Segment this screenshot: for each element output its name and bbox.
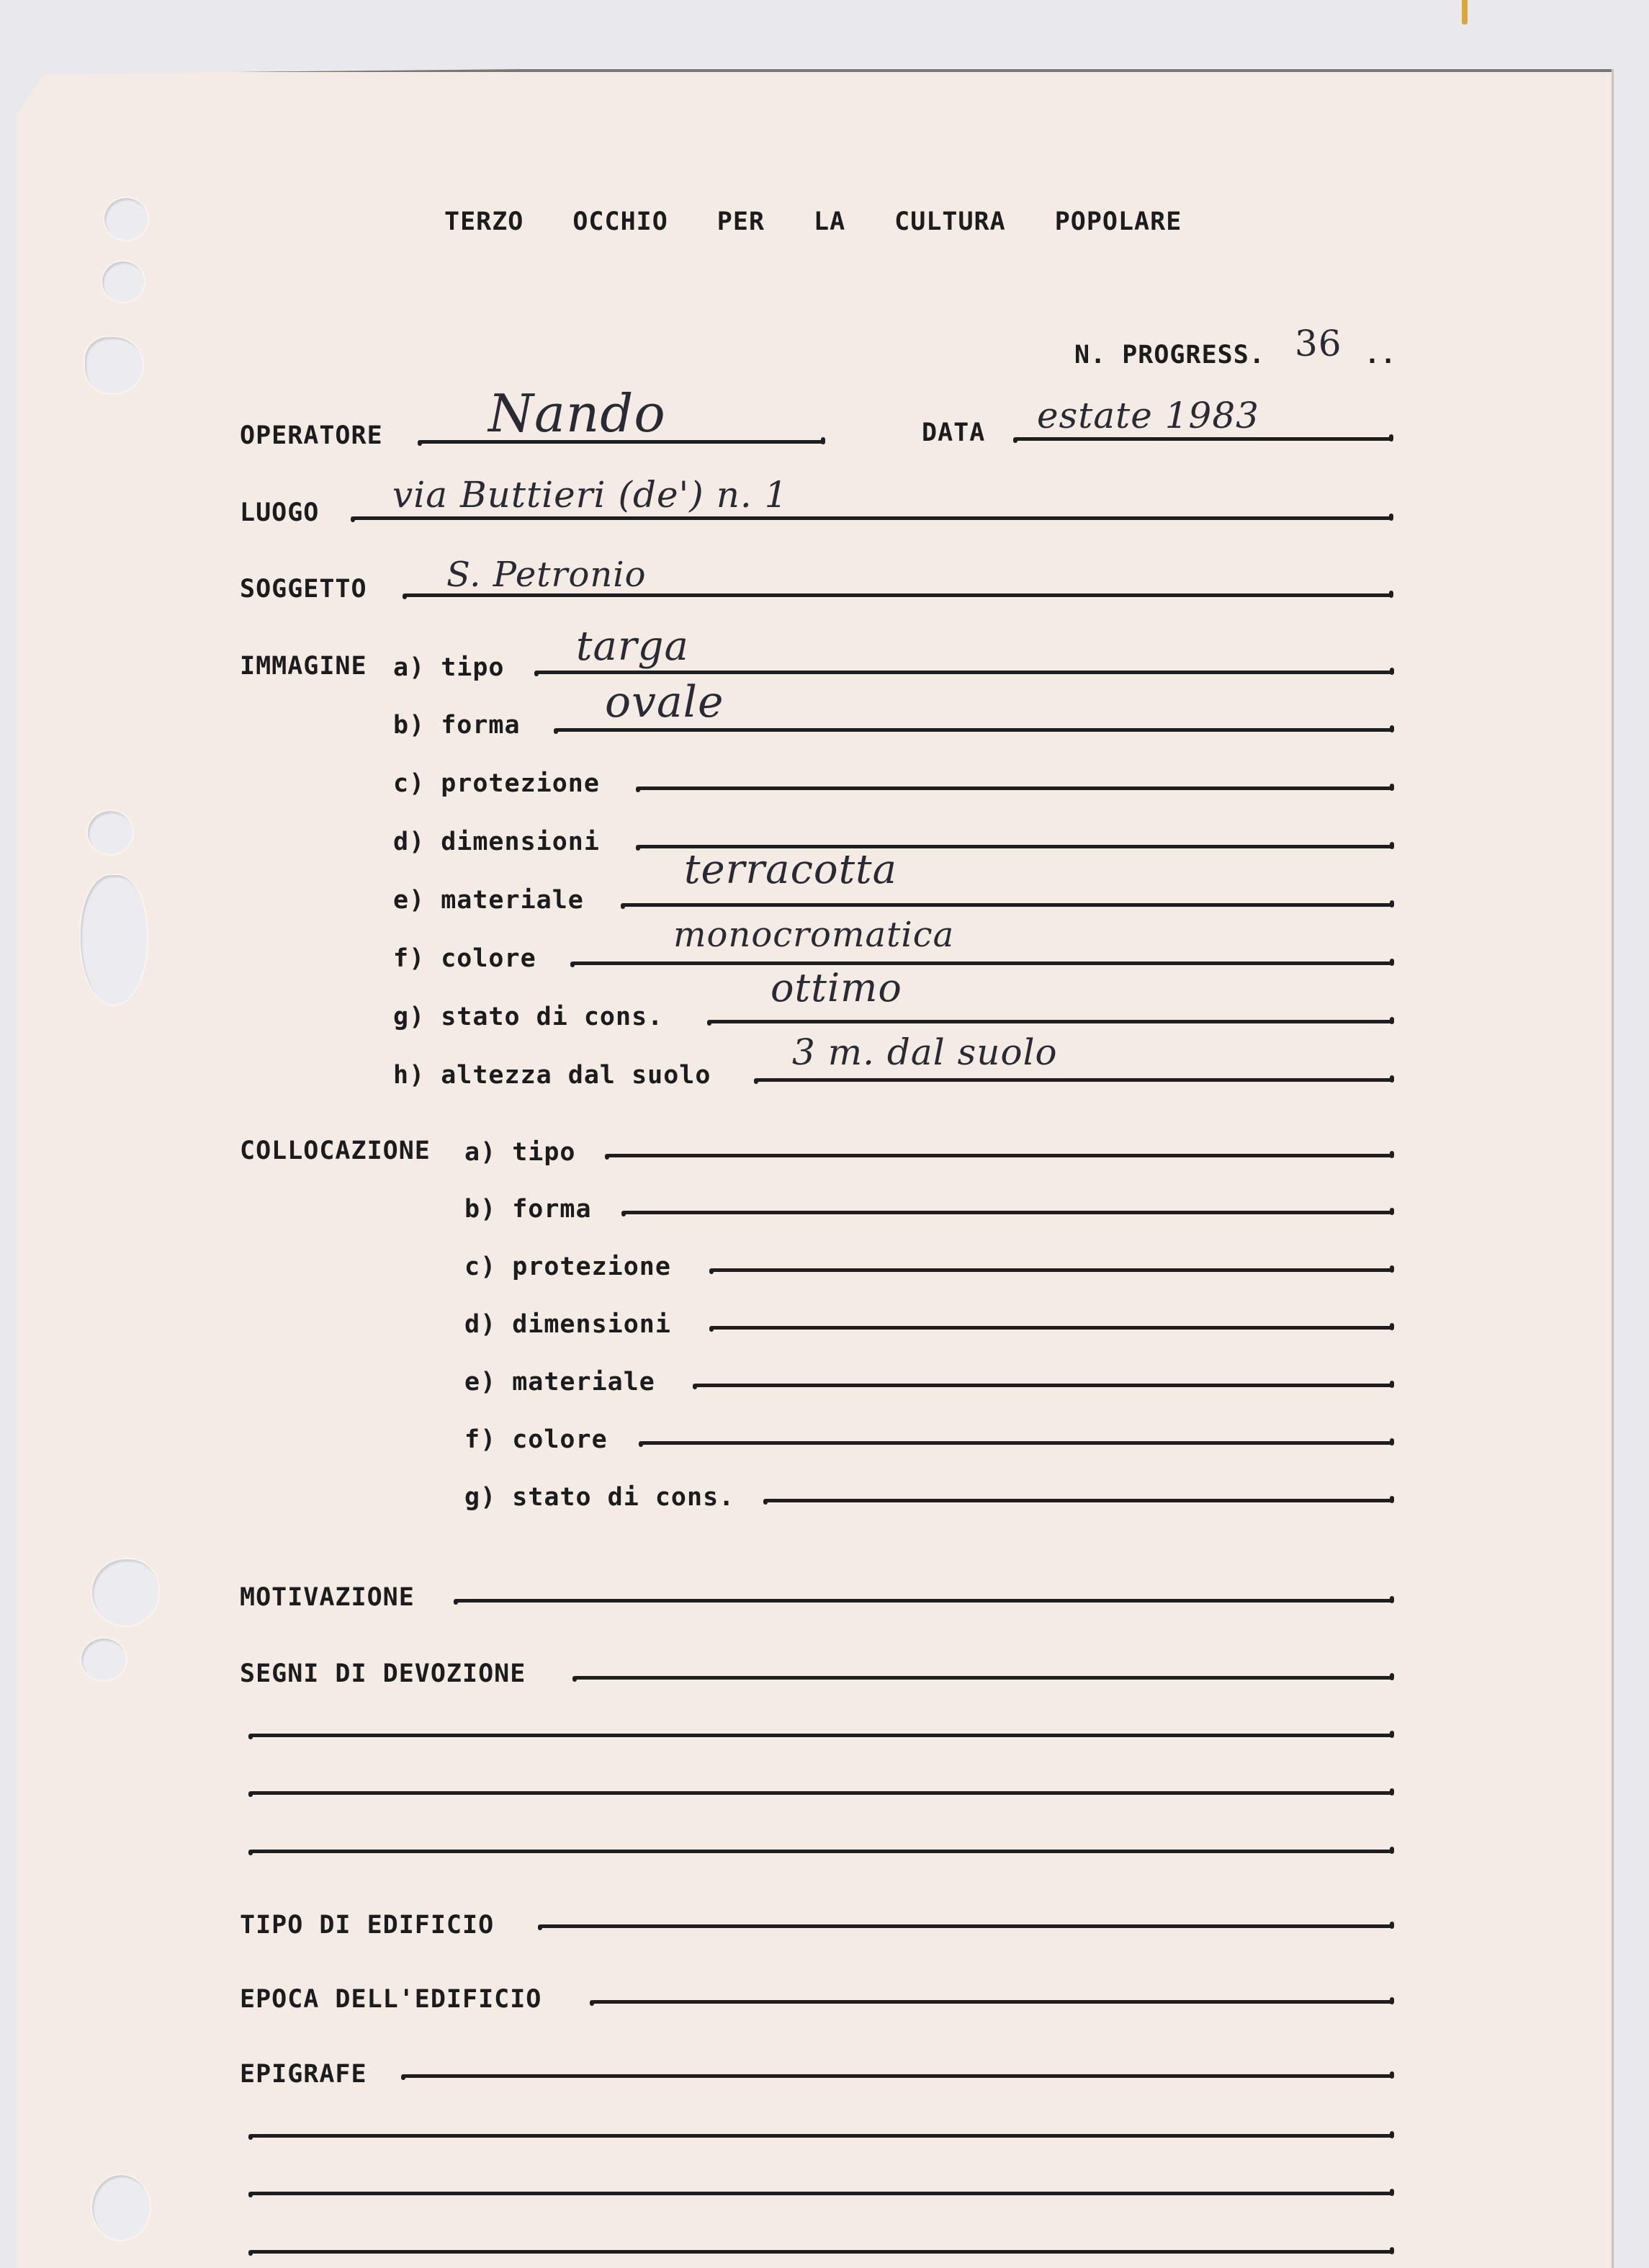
- collocazione-field-label: g) stato di cons.: [464, 1483, 734, 1512]
- collocazione-field-label: d) dimensioni: [464, 1310, 671, 1339]
- immagine-field-value: ottimo: [770, 965, 902, 1010]
- immagine-field-label: a) tipo: [393, 653, 505, 682]
- collocazione-field-line[interactable]: [711, 1268, 1392, 1272]
- epoca-edificio-label: EPOCA DELL'EDIFICIO: [240, 1985, 542, 2014]
- immagine-field-label: d) dimensioni: [393, 828, 600, 856]
- operatore-value: Nando: [488, 383, 666, 444]
- epigrafe-field[interactable]: [403, 2074, 1392, 2078]
- soggetto-label: SOGGETTO: [240, 575, 367, 604]
- punch-hole: [104, 198, 148, 240]
- segni-devozione-extra-line[interactable]: [251, 1734, 1392, 1737]
- motivazione-field[interactable]: [456, 1599, 1392, 1603]
- tipo-edificio-field[interactable]: [540, 1924, 1392, 1928]
- collocazione-field-label: b) forma: [464, 1195, 592, 1224]
- immagine-field-line[interactable]: [623, 903, 1392, 907]
- data-field[interactable]: [1015, 437, 1391, 441]
- progress-suffix: ..: [1365, 341, 1396, 369]
- form-title: TERZOOCCHIOPERLACULTURAPOPOLARE: [444, 207, 1182, 236]
- collocazione-field-label: a) tipo: [464, 1138, 576, 1167]
- collocazione-field-line[interactable]: [711, 1326, 1392, 1330]
- epigrafe-extra-line[interactable]: [251, 2134, 1392, 2138]
- epigrafe-label: EPIGRAFE: [240, 2060, 367, 2089]
- immagine-field-line[interactable]: [709, 1020, 1392, 1023]
- punch-hole: [85, 337, 143, 393]
- immagine-field-label: g) stato di cons.: [393, 1003, 663, 1031]
- title-word: OCCHIO: [572, 207, 668, 236]
- data-label: DATA: [922, 418, 985, 447]
- punch-hole: [92, 2175, 150, 2240]
- collocazione-field-line[interactable]: [607, 1154, 1392, 1157]
- tipo-edificio-label: TIPO DI EDIFICIO: [240, 1911, 494, 1940]
- immagine-field-line[interactable]: [536, 671, 1392, 674]
- progress-number[interactable]: 36: [1295, 323, 1342, 364]
- punch-hole: [102, 261, 144, 302]
- punch-hole: [81, 1639, 126, 1680]
- collocazione-field-line[interactable]: [765, 1499, 1392, 1502]
- collocazione-field-label: c) protezione: [464, 1252, 671, 1281]
- punch-hole: [88, 811, 132, 854]
- epoca-edificio-field[interactable]: [592, 2000, 1392, 2004]
- immagine-field-value: ovale: [605, 677, 724, 727]
- tape-strip: [1462, 0, 1468, 24]
- immagine-field-label: f) colore: [393, 944, 536, 973]
- data-value: estate 1983: [1037, 395, 1259, 436]
- luogo-label: LUOGO: [240, 498, 319, 527]
- luogo-field[interactable]: [353, 516, 1391, 520]
- collocazione-field-line[interactable]: [624, 1211, 1392, 1214]
- soggetto-value: S. Petronio: [446, 555, 647, 595]
- motivazione-label: MOTIVAZIONE: [240, 1583, 415, 1612]
- immagine-field-value: monocromatica: [673, 915, 954, 955]
- paper-edge: [1612, 69, 1614, 2268]
- immagine-field-label: h) altezza dal suolo: [393, 1061, 711, 1090]
- punch-hole: [92, 1559, 158, 1626]
- immagine-field-value: 3 m. dal suolo: [792, 1031, 1058, 1073]
- collocazione-label: COLLOCAZIONE: [240, 1137, 431, 1165]
- immagine-field-label: b) forma: [393, 711, 521, 740]
- segni-devozione-extra-line[interactable]: [251, 1791, 1392, 1795]
- collocazione-field-line[interactable]: [695, 1384, 1392, 1387]
- immagine-field-line[interactable]: [756, 1078, 1392, 1082]
- immagine-field-line[interactable]: [556, 728, 1392, 732]
- immagine-field-label: e) materiale: [393, 886, 584, 915]
- immagine-field-line[interactable]: [638, 786, 1392, 790]
- operatore-label: OPERATORE: [240, 421, 383, 450]
- immagine-field-value: terracotta: [684, 846, 897, 893]
- segni-devozione-label: SEGNI DI DEVOZIONE: [240, 1659, 526, 1688]
- punch-hole: [81, 875, 147, 1005]
- title-word: PER: [717, 207, 765, 236]
- segni-devozione-field[interactable]: [575, 1676, 1392, 1680]
- epigrafe-extra-line[interactable]: [251, 2250, 1392, 2254]
- segni-devozione-extra-line[interactable]: [251, 1850, 1392, 1853]
- progress-label: N. PROGRESS.: [1074, 341, 1265, 369]
- epigrafe-extra-line[interactable]: [251, 2192, 1392, 2195]
- title-word: CULTURA: [894, 207, 1006, 236]
- collocazione-field-label: e) materiale: [464, 1368, 655, 1397]
- title-word: LA: [814, 207, 845, 236]
- immagine-heading: IMMAGINE: [240, 652, 367, 681]
- collocazione-field-line[interactable]: [641, 1441, 1392, 1445]
- collocazione-field-label: f) colore: [464, 1425, 608, 1454]
- immagine-field-label: c) protezione: [393, 769, 600, 798]
- immagine-field-value: targa: [576, 623, 689, 670]
- immagine-field-line[interactable]: [572, 962, 1392, 965]
- title-word: POPOLARE: [1055, 207, 1182, 236]
- title-word: TERZO: [444, 207, 524, 236]
- luogo-value: via Buttieri (de') n. 1: [392, 474, 788, 516]
- immagine-label: IMMAGINE: [240, 652, 367, 681]
